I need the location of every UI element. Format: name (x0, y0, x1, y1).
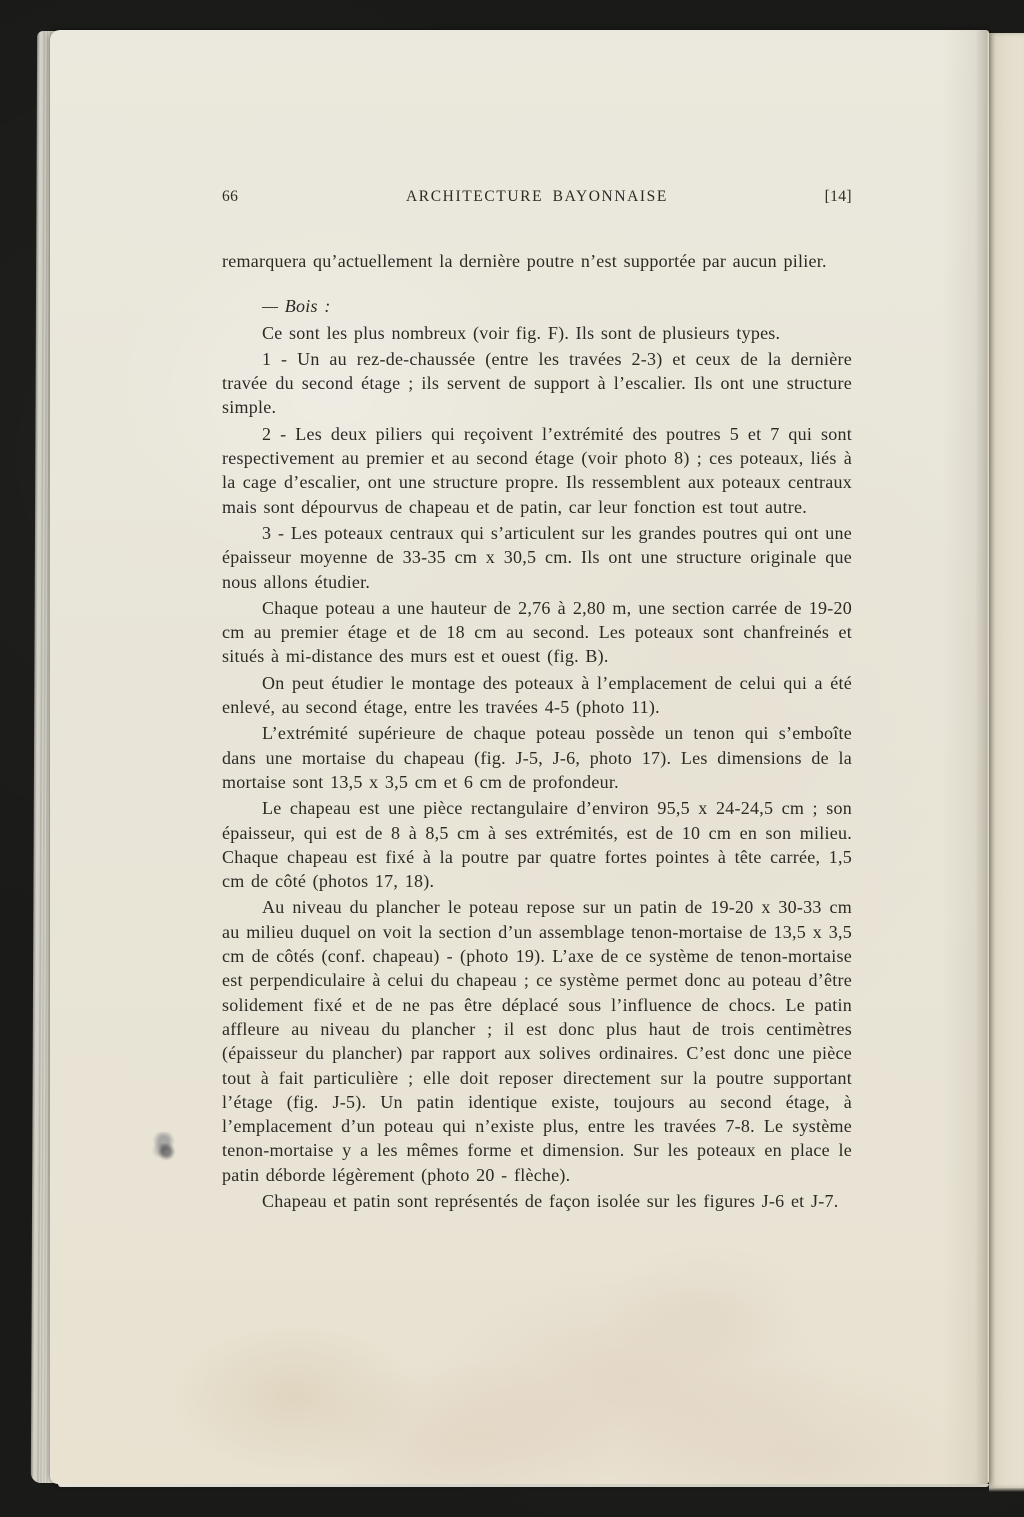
facing-page-sliver (989, 33, 1024, 1488)
paragraph-item-3: 3 - Les poteaux centraux qui s’articulen… (222, 521, 852, 594)
paragraph: Chaque poteau a une hauteur de 2,76 à 2,… (222, 596, 852, 669)
paragraph: On peut étudier le montage des poteaux à… (222, 671, 852, 720)
typeset-area: 66 ARCHITECTURE BAYONNAISE [14] remarque… (222, 188, 852, 1215)
page-number: 66 (222, 188, 406, 206)
body-text: remarquera qu’actuellement la dernière p… (222, 249, 852, 1213)
paragraph: Au niveau du plancher le poteau repose s… (222, 895, 852, 1187)
ink-smudge (152, 1132, 178, 1162)
paragraph-continuation: remarquera qu’actuellement la dernière p… (222, 249, 852, 273)
running-title: ARCHITECTURE BAYONNAISE (406, 188, 668, 206)
paragraph: Ce sont les plus nombreux (voir fig. F).… (222, 321, 852, 345)
paragraph-item-2: 2 - Les deux piliers qui reçoivent l’ext… (222, 422, 852, 519)
page-header: 66 ARCHITECTURE BAYONNAISE [14] (222, 188, 852, 206)
paragraph: Chapeau et patin sont représentés de faç… (222, 1189, 852, 1213)
subsection-heading-bois: — Bois : (222, 294, 852, 318)
section-reference: [14] (668, 188, 852, 206)
paragraph-item-1: 1 - Un au rez-de-chaussée (entre les tra… (222, 347, 852, 420)
paragraph: Le chapeau est une pièce rectangulaire d… (222, 796, 852, 893)
paragraph: L’extrémité supérieure de chaque poteau … (222, 721, 852, 794)
scanned-book-page: 66 ARCHITECTURE BAYONNAISE [14] remarque… (50, 30, 989, 1484)
